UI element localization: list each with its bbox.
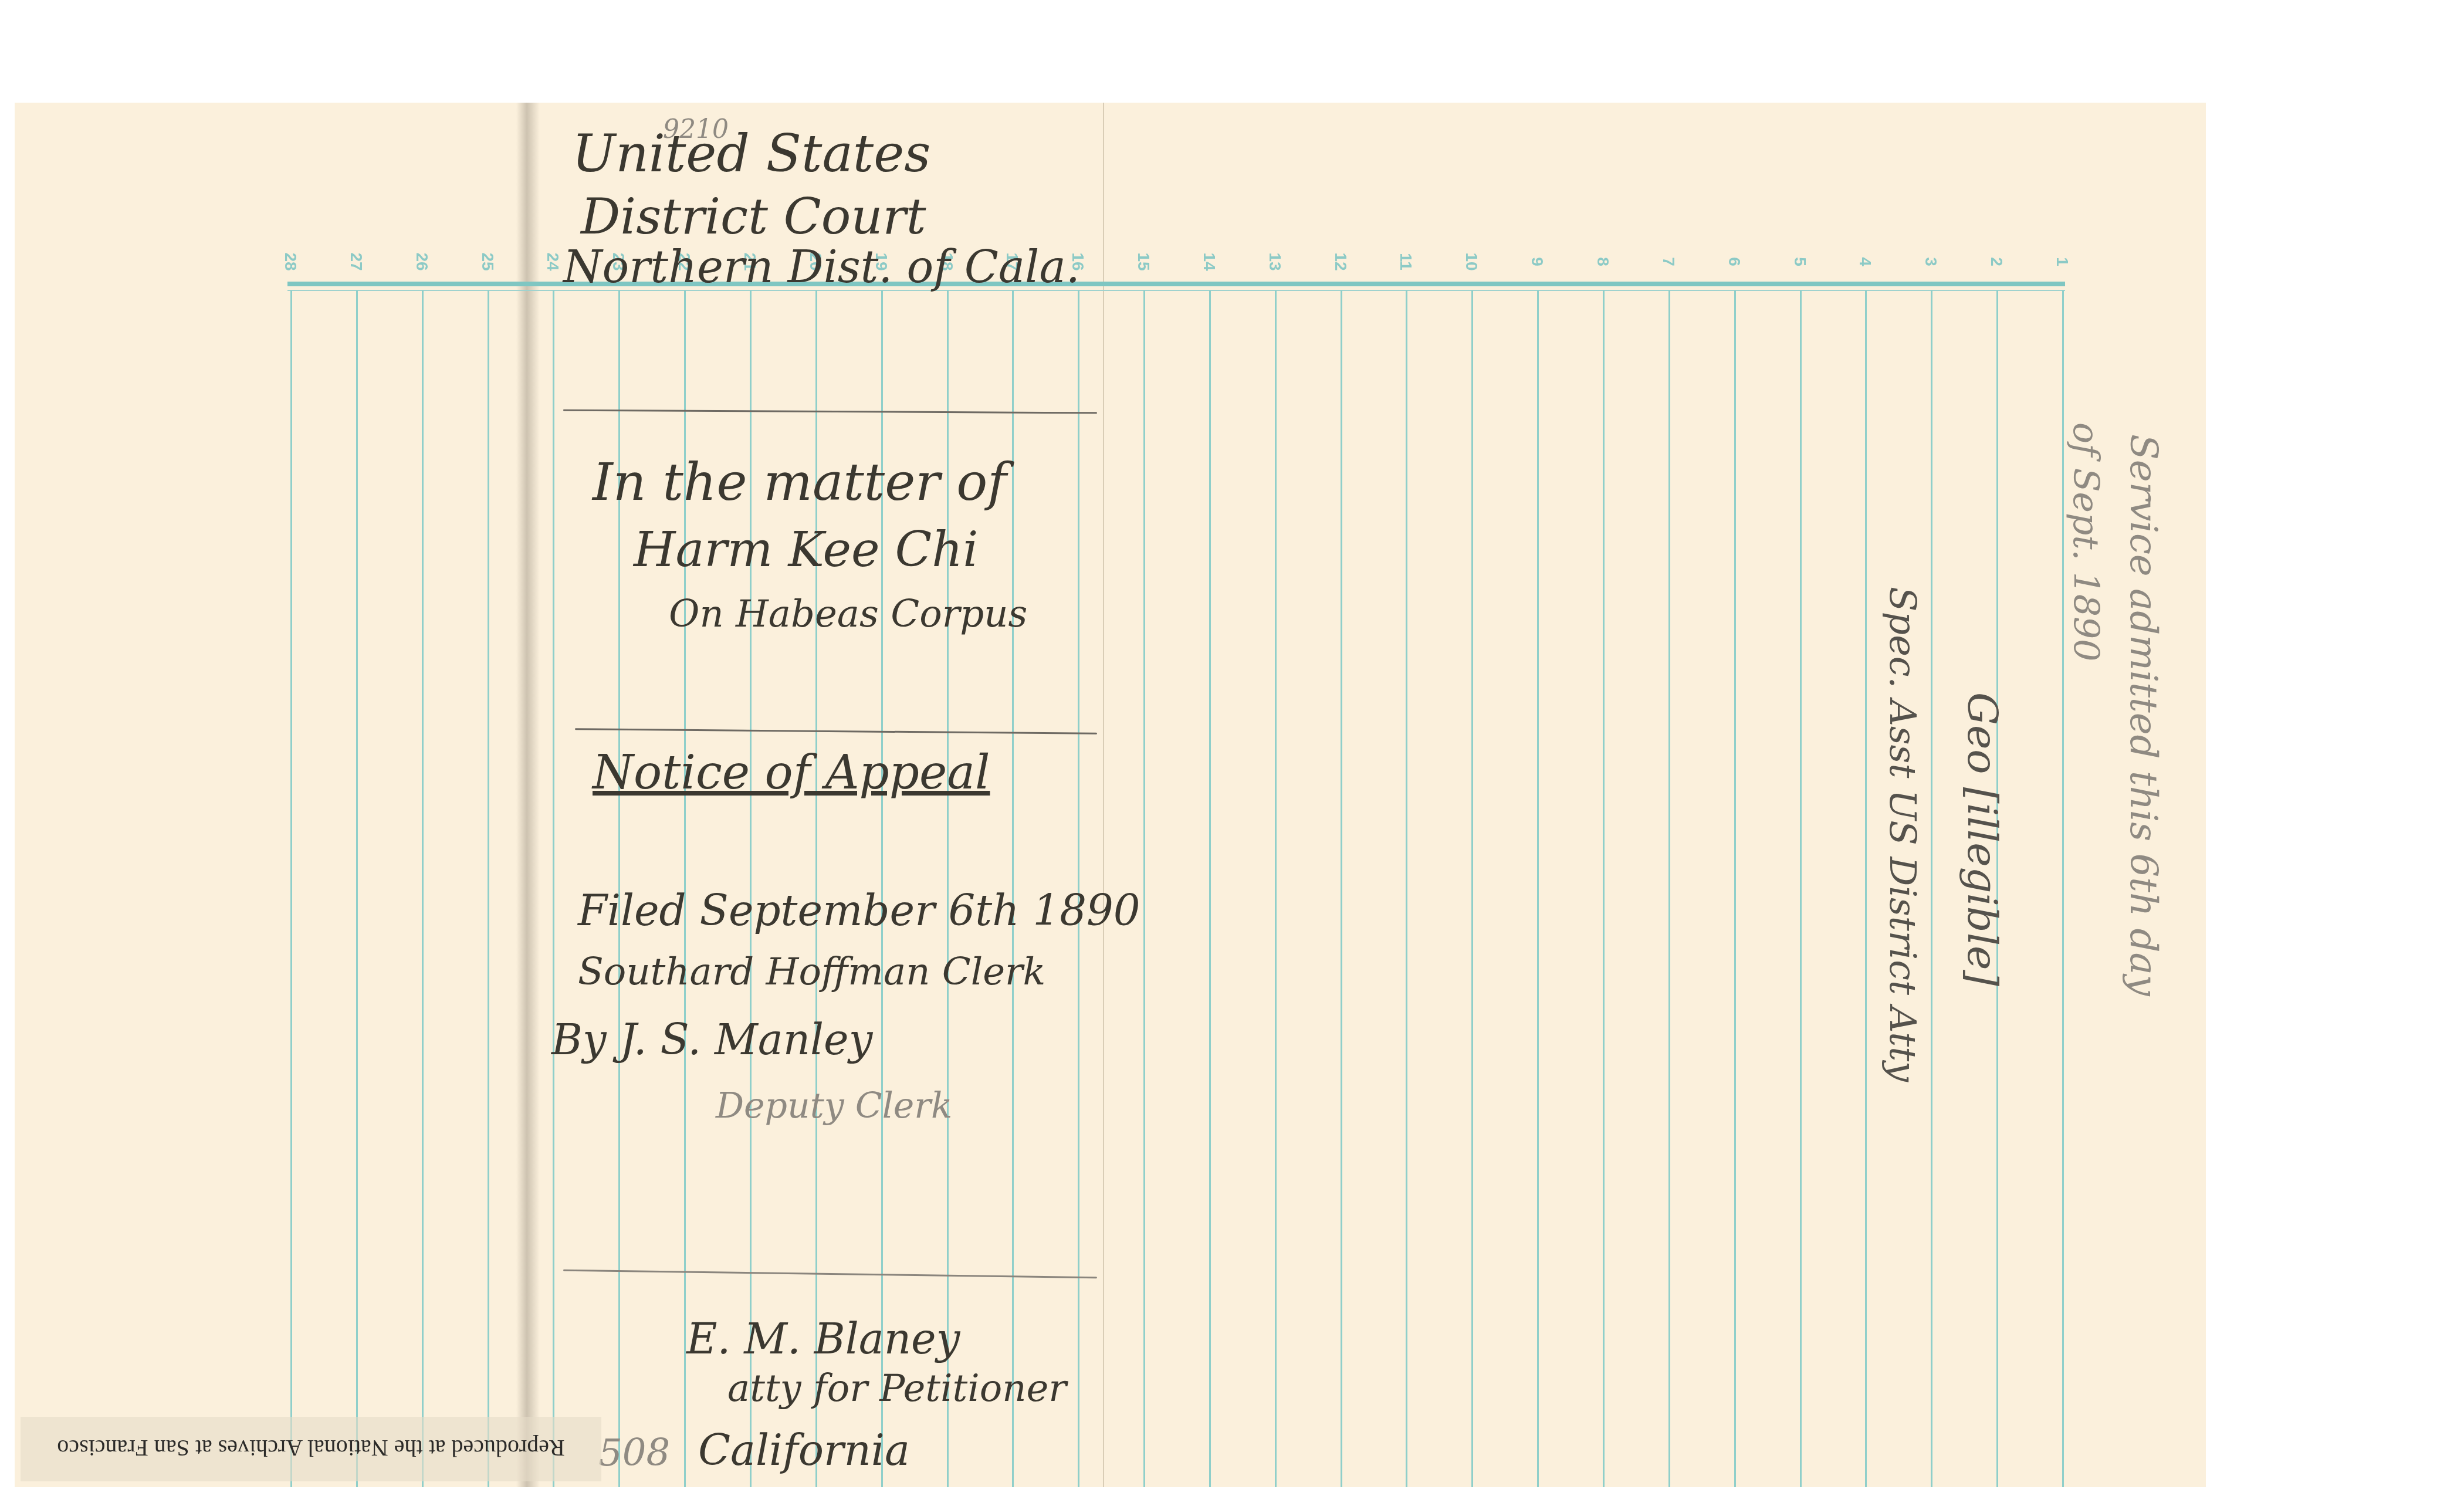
column-rule — [1341, 290, 1342, 1487]
column-rule — [290, 290, 292, 1487]
column-rule — [1143, 290, 1145, 1487]
court-line-3: Northern Dist. of Cala. — [563, 241, 1080, 293]
column-rule — [1800, 290, 1802, 1487]
column-number: 10 — [1462, 250, 1481, 273]
column-number: 14 — [1200, 250, 1219, 273]
matter-line-3: On Habeas Corpus — [669, 593, 1027, 636]
column-number: 25 — [478, 250, 497, 273]
column-number: 3 — [1921, 250, 1940, 273]
column-number: 27 — [347, 250, 365, 273]
column-number: 1 — [2053, 250, 2072, 273]
attorney-line-3: California — [698, 1426, 910, 1475]
paper-sheet — [15, 103, 2206, 1487]
column-rule — [1931, 290, 1932, 1487]
column-number: 9 — [1528, 250, 1546, 273]
column-rule — [1537, 290, 1539, 1487]
column-number: 28 — [281, 250, 300, 273]
matter-line-2: Harm Kee Chi — [634, 522, 978, 578]
column-rule — [1734, 290, 1736, 1487]
column-rule — [553, 290, 554, 1487]
filing-line-2: Southard Hoffman Clerk — [578, 950, 1045, 994]
court-line-1: United States — [572, 123, 930, 184]
column-number: 12 — [1331, 250, 1350, 273]
column-number: 6 — [1725, 250, 1744, 273]
column-number: 7 — [1659, 250, 1678, 273]
filing-line-3: By J. S. Manley — [551, 1015, 872, 1064]
attorney-line-2: atty for Petitioner — [727, 1367, 1067, 1410]
service-note-signature: Geo [illegible] — [1958, 692, 2006, 986]
page-number: 508 — [598, 1431, 670, 1475]
document-title: Notice of Appeal — [593, 745, 990, 800]
column-rule — [1406, 290, 1407, 1487]
attorney-line-1: E. M. Blaney — [686, 1314, 960, 1363]
filing-line-4: Deputy Clerk — [716, 1085, 952, 1126]
service-note-line-2: of Sept. 1890 — [2065, 422, 2106, 661]
column-number: 13 — [1265, 250, 1284, 273]
column-rule — [1668, 290, 1670, 1487]
column-number: 11 — [1396, 250, 1415, 273]
service-note-line-1: Service admitted this 6th day — [2121, 434, 2165, 996]
matter-line-1: In the matter of — [593, 452, 1007, 512]
column-number: 15 — [1134, 250, 1153, 273]
fold-crease — [516, 103, 540, 1487]
court-line-2: District Court — [581, 188, 926, 245]
column-number: 2 — [1987, 250, 2006, 273]
column-rule — [422, 290, 424, 1487]
column-rule — [1865, 290, 1867, 1487]
archive-stamp: Reproduced at the National Archives at S… — [21, 1417, 601, 1481]
filing-line-1: Filed September 6th 1890 — [578, 886, 1140, 935]
column-number: 4 — [1856, 250, 1874, 273]
column-rule — [1209, 290, 1211, 1487]
panel-edge — [1103, 103, 1104, 1487]
header-rule — [287, 282, 2065, 286]
column-rule — [2062, 290, 2064, 1487]
column-rule — [1471, 290, 1473, 1487]
column-number: 24 — [543, 250, 562, 273]
column-number: 26 — [412, 250, 431, 273]
column-rule — [1275, 290, 1277, 1487]
column-number: 5 — [1791, 250, 1809, 273]
column-rule — [1603, 290, 1605, 1487]
column-rule — [356, 290, 358, 1487]
column-number: 8 — [1593, 250, 1612, 273]
archive-stamp-text: Reproduced at the National Archives at S… — [21, 1434, 601, 1462]
service-note-line-4: Spec. Asst US District Atty — [1881, 587, 1924, 1082]
column-rule — [488, 290, 489, 1487]
